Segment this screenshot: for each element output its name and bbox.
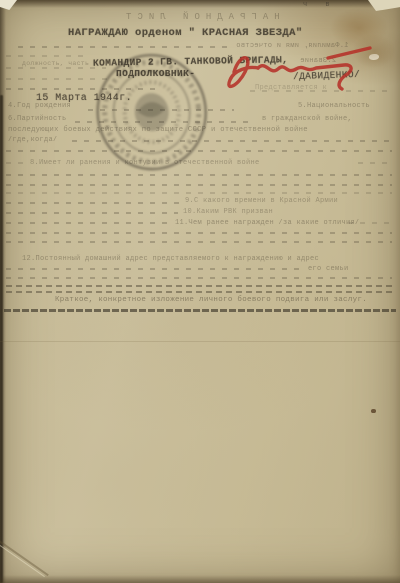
dash-row — [358, 162, 392, 164]
feat-description-header: Краткое, конкретное изложение личного бо… — [55, 296, 367, 304]
award-resolution-line: НАГРАЖДАЮ орденом " КРАСНАЯ ЗВЕЗДА" — [68, 27, 303, 39]
ink-speck — [371, 409, 376, 413]
form-field-home-address-2: его семьи — [308, 265, 349, 273]
horizontal-crease — [0, 341, 400, 342]
dash-row — [6, 222, 170, 224]
form-field-service-since: 9.С какого времени в Красной Армии — [185, 197, 338, 205]
handwritten-signature-red-ink — [212, 42, 387, 104]
form-field-party: 6.Партийность — [8, 115, 67, 123]
form-field-birth-year: 4.Год рождения — [8, 102, 71, 110]
form-title-bleedthrough: НАГРАДНОЙ ЛИСТ — [120, 12, 280, 22]
dash-row — [6, 212, 178, 214]
form-field-home-address: 12.Постоянный домашний адрес представляе… — [22, 255, 394, 263]
dash-row — [6, 162, 26, 164]
form-field-position: должность, часть — [22, 60, 89, 67]
form-field-drafted-by: 10.Каким РВК призван — [183, 208, 273, 216]
award-sheet-scan: ч в НАГРАДНОЙ ЛИСТ НАГРАЖДАЮ орденом " К… — [0, 0, 400, 583]
dash-row — [6, 291, 392, 293]
bottom-edge-shadow — [0, 575, 400, 583]
bottom-left-crease — [0, 538, 49, 576]
dash-row — [6, 202, 180, 204]
section-underline — [4, 309, 396, 312]
left-edge-tear — [0, 95, 3, 583]
dash-row — [6, 55, 90, 57]
form-field-civil-war: в гражданской войне, — [262, 115, 352, 123]
military-unit-round-stamp — [82, 44, 225, 187]
form-field-where-when: /где,когда/ — [8, 136, 58, 144]
dash-row — [6, 184, 392, 186]
form-field-prior-awards: 11.Чем ранее награжден /за какие отличия… — [175, 219, 360, 227]
dash-row — [6, 192, 392, 194]
dash-row — [348, 222, 392, 224]
dash-row — [6, 241, 392, 243]
pencil-marks: ч в — [303, 1, 337, 9]
dash-row — [6, 268, 300, 270]
dash-row — [6, 277, 392, 279]
dash-row — [6, 285, 392, 287]
dash-row — [6, 232, 392, 234]
top-edge-shadow — [0, 0, 400, 8]
